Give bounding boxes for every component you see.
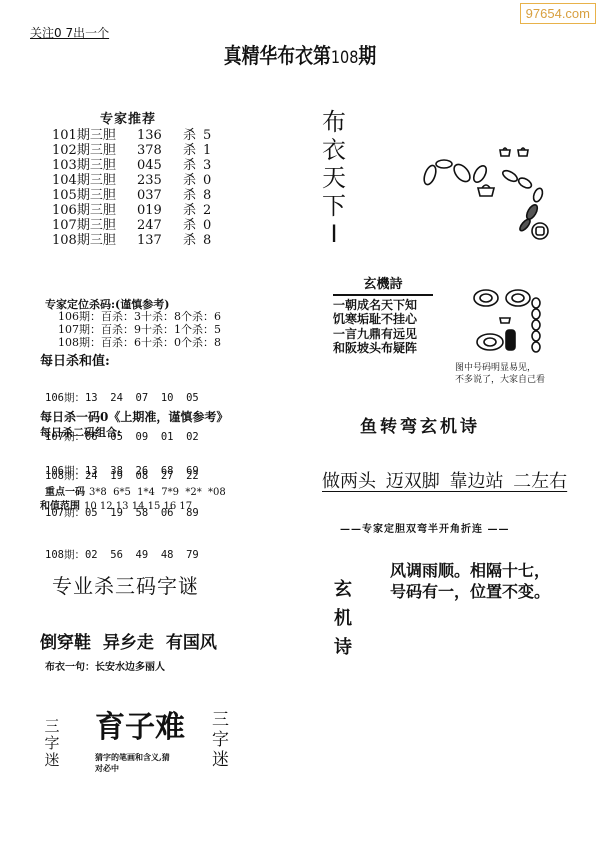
list-item: 101期三胆136杀5 [52, 128, 211, 143]
vertical-title: 布衣天下I [322, 108, 346, 248]
list-item: 106期三胆019杀2 [52, 203, 211, 218]
mystic-poem-box: 玄機詩 一朝成名天下知 饥寒垢耻不挂心 一言九鼎有远见 和阪坡头布疑阵 [333, 278, 433, 356]
three-riddle-line: 倒穿鞋 异乡走 有国风 [40, 628, 217, 653]
range-label: 和值范围 [40, 501, 80, 512]
buyi-sentence: 布衣一句：长安水边多丽人 [45, 658, 165, 673]
list-item: 107期三胆247杀0 [52, 218, 211, 233]
list-item: 106期：百杀：3十杀：8个杀：6 [58, 310, 221, 323]
title-text: 真精华布衣第 [224, 44, 331, 68]
coin-pattern-illustration-icon [472, 288, 557, 358]
three-char-right: 三字迷 [212, 710, 228, 770]
title-suffix: 期 [358, 44, 376, 68]
top-note: 关注0 7出一个 [30, 24, 109, 41]
list-item: 102期三胆378杀1 [52, 143, 211, 158]
list-item: 106期：13 24 07 10 05 [45, 392, 199, 405]
expert-note: ——专家定胆双弯半开角折连 —— [340, 520, 509, 535]
xuanji-poem: 风调雨顺。相隔十七，号码有一，位置不变。 [390, 560, 550, 602]
list-item: 108期三胆137杀8 [52, 233, 211, 248]
title-issue: 108 [331, 48, 359, 68]
riddle-line: 做两头 迈双脚 靠边站 二左右 [322, 467, 567, 493]
list-item: 105期三胆037杀8 [52, 188, 211, 203]
poem-line: 一朝成名天下知 [333, 298, 433, 313]
riddle-word: 育子难 [95, 702, 185, 746]
three-riddle-title: 专业杀三码字谜 [52, 570, 199, 599]
list-item: 106期：13 38 26 68 69 [45, 464, 199, 478]
list-item: 108期：02 56 49 48 79 [45, 548, 199, 562]
sum-range: 和值范围10 12 13 14 15 16 17 [40, 497, 192, 512]
list-item: 104期三胆235杀0 [52, 173, 211, 188]
focus-code: 重点一码3*8 6*5 1*4 7*9 *2* *08 [45, 483, 226, 498]
list-item: 108期：百杀：6十杀：0个杀：8 [58, 336, 221, 349]
expert-recommend-title: 专家推荐 [100, 108, 156, 127]
poem-line: 和阪坡头布疑阵 [333, 341, 433, 356]
coin-chain-illustration-icon [420, 130, 560, 245]
mystic-poem-title: 玄機詩 [333, 278, 433, 296]
list-item: 107期：百杀：9十杀：1个杀：5 [58, 323, 221, 336]
poem-line: 饥寒垢耻不挂心 [333, 312, 433, 327]
list-item: 103期三胆045杀3 [52, 158, 211, 173]
poem-line: 一言九鼎有远见 [333, 327, 433, 342]
three-char-left: 三字迷 [44, 718, 60, 769]
fish-turn-title: 鱼转弯玄机诗 [0, 412, 600, 437]
page-title: 真精华布衣第108期 [45, 40, 555, 70]
range-value: 10 12 13 14 15 16 17 [84, 501, 192, 512]
position-kill-list: 106期：百杀：3十杀：8个杀：6 107期：百杀：9十杀：1个杀：5 108期… [58, 310, 221, 349]
image-caption: 图中号码明显易见，不多说了，大家自己看 [455, 362, 545, 386]
xuanji-vertical-title: 玄机诗 [334, 575, 356, 662]
watermark: 97654.com [520, 3, 596, 24]
expert-recommend-list: 101期三胆136杀5 102期三胆378杀1 103期三胆045杀3 104期… [52, 128, 211, 248]
riddle-note: 猜字的笔画和含义,猜对必中 [95, 752, 175, 774]
